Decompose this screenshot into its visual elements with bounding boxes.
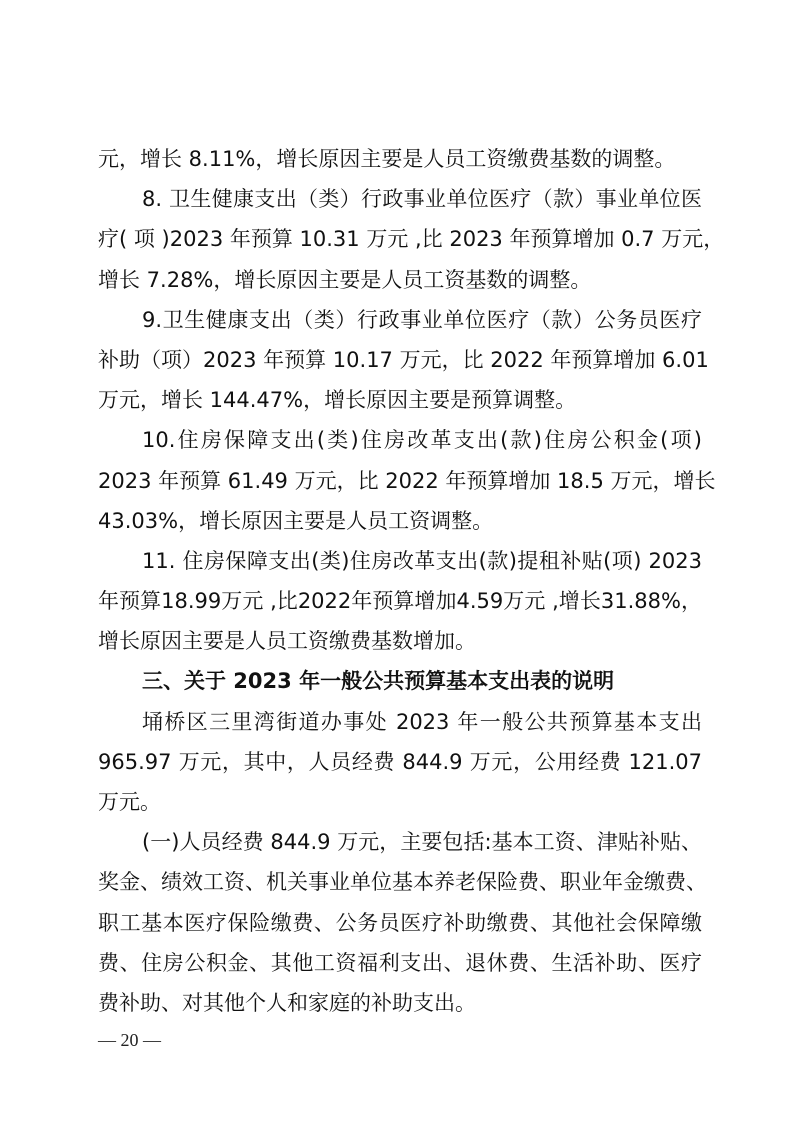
text-line: 2023 年预算 61.49 万元，比 2022 年预算增加 18.5 万元，增… [98,461,702,501]
paragraph-section-summary: 埇桥区三里湾街道办事处 2023 年一般公共预算基本支出 965.97 万元，其… [98,702,702,823]
text-line: 9.卫生健康支出（类）行政事业单位医疗（款）公务员医疗 [98,300,702,340]
text-line: 年预算18.99万元 ,比2022年预算增加4.59万元 ,增长31.88%， [98,581,702,621]
text-line: 埇桥区三里湾街道办事处 2023 年一般公共预算基本支出 [98,702,702,742]
section-heading: 三、关于 2023 年一般公共预算基本支出表的说明 [98,661,702,701]
paragraph-personnel-expenses: (一)人员经费 844.9 万元，主要包括:基本工资、津贴补贴、 奖金、绩效工资… [98,822,702,1023]
page-number: — 20 — [98,1030,161,1051]
text-line: 万元，增长 144.47%，增长原因主要是预算调整。 [98,380,702,420]
text-line: 增长原因主要是人员工资缴费基数增加。 [98,621,702,661]
text-line: 10.住房保障支出(类)住房改革支出(款)住房公积金(项) [98,420,702,460]
text-line: 费补助、对其他个人和家庭的补助支出。 [98,983,702,1023]
text-line: 万元。 [98,782,702,822]
paragraph-item-8: 8. 卫生健康支出（类）行政事业单位医疗（款）事业单位医 疗( 项 )2023 … [98,179,702,300]
text-line: 11. 住房保障支出(类)住房改革支出(款)提租补贴(项) 2023 [98,541,702,581]
text-line: (一)人员经费 844.9 万元，主要包括:基本工资、津贴补贴、 [98,822,702,862]
text-line: 职工基本医疗保险缴费、公务员医疗补助缴费、其他社会保障缴 [98,903,702,943]
text-line: 965.97 万元，其中，人员经费 844.9 万元，公用经费 121.07 [98,742,702,782]
text-line: 奖金、绩效工资、机关事业单位基本养老保险费、职业年金缴费、 [98,862,702,902]
document-page: 元，增长 8.11%，增长原因主要是人员工资缴费基数的调整。 8. 卫生健康支出… [98,139,702,1023]
text-line: 43.03%，增长原因主要是人员工资调整。 [98,501,702,541]
section-title: 三、关于 2023 年一般公共预算基本支出表的说明 [98,661,702,701]
text-line: 8. 卫生健康支出（类）行政事业单位医疗（款）事业单位医 [98,179,702,219]
text-line: 补助（项）2023 年预算 10.17 万元，比 2022 年预算增加 6.01 [98,340,702,380]
paragraph-item-11: 11. 住房保障支出(类)住房改革支出(款)提租补贴(项) 2023 年预算18… [98,541,702,662]
paragraph-item-7-tail: 元，增长 8.11%，增长原因主要是人员工资缴费基数的调整。 [98,139,702,179]
paragraph-item-10: 10.住房保障支出(类)住房改革支出(款)住房公积金(项) 2023 年预算 6… [98,420,702,541]
text-line: 费、住房公积金、其他工资福利支出、退休费、生活补助、医疗 [98,943,702,983]
text-line: 元，增长 8.11%，增长原因主要是人员工资缴费基数的调整。 [98,139,702,179]
text-line: 增长 7.28%，增长原因主要是人员工资基数的调整。 [98,260,702,300]
paragraph-item-9: 9.卫生健康支出（类）行政事业单位医疗（款）公务员医疗 补助（项）2023 年预… [98,300,702,421]
text-line: 疗( 项 )2023 年预算 10.31 万元 ,比 2023 年预算增加 0.… [98,219,702,259]
